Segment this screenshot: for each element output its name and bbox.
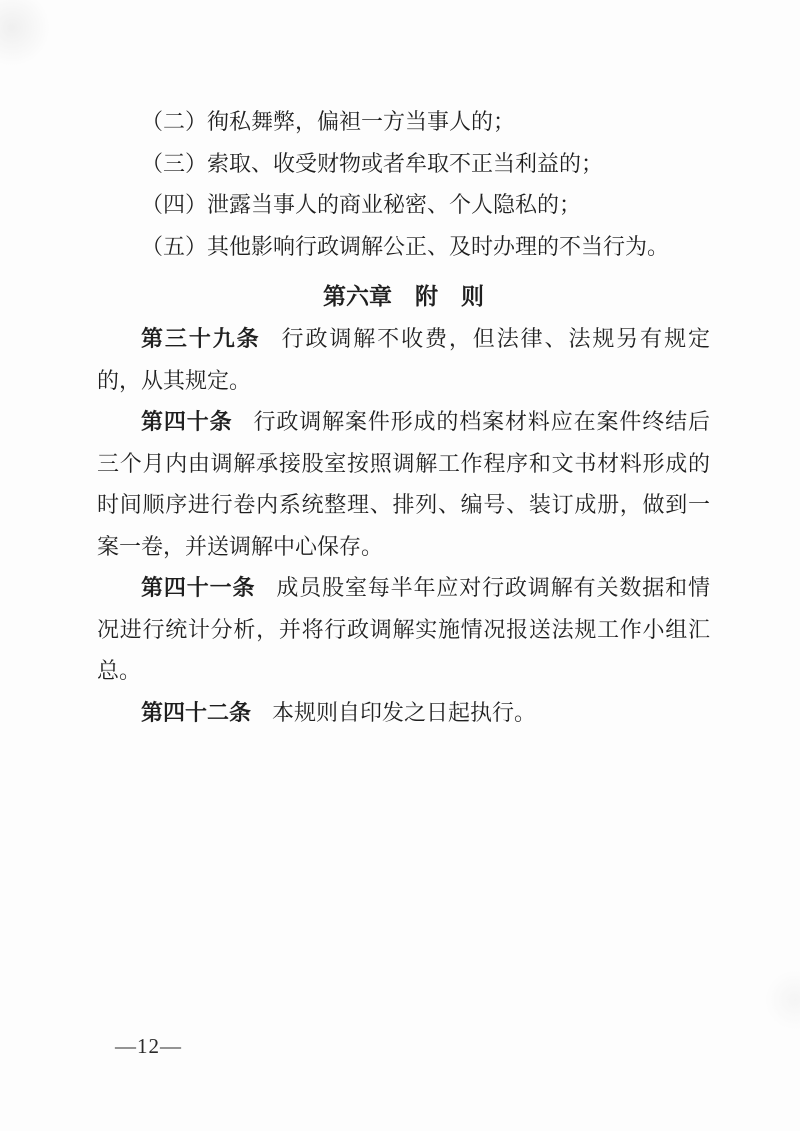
article-40-number: 第四十条 <box>141 409 232 434</box>
article-39: 第三十九条行政调解不收费，但法律、法规另有规定的，从其规定。 <box>97 318 710 401</box>
article-39-number: 第三十九条 <box>141 326 261 351</box>
article-42-number: 第四十二条 <box>141 700 251 725</box>
article-41: 第四十一条成员股室每半年应对行政调解有关数据和情况进行统计分析，并将行政调解实施… <box>97 567 710 692</box>
list-item-4: （四）泄露当事人的商业秘密、个人隐私的； <box>97 184 710 226</box>
list-item-5: （五）其他影响行政调解公正、及时办理的不当行为。 <box>97 226 710 268</box>
article-40: 第四十条行政调解案件形成的档案材料应在案件终结后三个月内由调解承接股室按照调解工… <box>97 401 710 567</box>
page-number: —12— <box>115 1034 182 1058</box>
article-42-text: 本规则自印发之日起执行。 <box>272 700 536 725</box>
list-item-2: （二）徇私舞弊，偏袒一方当事人的； <box>97 101 710 143</box>
scanned-document-page: （二）徇私舞弊，偏袒一方当事人的； （三）索取、收受财物或者牟取不正当利益的； … <box>0 0 800 1131</box>
article-42: 第四十二条本规则自印发之日起执行。 <box>97 692 710 734</box>
chapter-heading: 第六章 附 则 <box>97 276 710 318</box>
list-item-3: （三）索取、收受财物或者牟取不正当利益的； <box>97 143 710 185</box>
article-41-number: 第四十一条 <box>141 575 255 600</box>
document-body: （二）徇私舞弊，偏袒一方当事人的； （三）索取、收受财物或者牟取不正当利益的； … <box>97 101 710 733</box>
